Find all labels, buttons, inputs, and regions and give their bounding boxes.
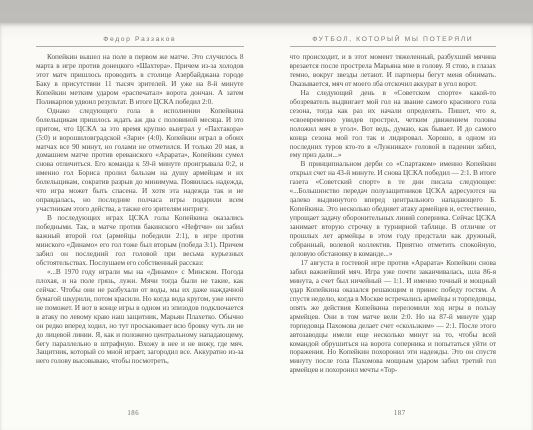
running-head-author: Федор Раззаков bbox=[36, 36, 244, 43]
book-spread-photo: Федор Раззаков Копейкин вышел на поле в … bbox=[0, 0, 533, 430]
running-head-title: ФУТБОЛ, КОТОРЫЙ МЫ ПОТЕРЯЛИ bbox=[290, 36, 497, 43]
page-number-right: 187 bbox=[267, 410, 533, 417]
paragraph: что происходит, и в этот момент тяжеленн… bbox=[290, 53, 497, 89]
header-rule bbox=[36, 46, 244, 47]
right-page-text: что происходит, и в этот момент тяжеленн… bbox=[290, 53, 497, 395]
left-page-text: Копейкин вышел на поле в первом же матче… bbox=[36, 53, 244, 395]
paragraph: Однако следующего гола в исполнении Копе… bbox=[36, 107, 244, 214]
paragraph: «...В 1970 году играли мы на «Динамо» с … bbox=[36, 268, 244, 366]
page-number-left: 186 bbox=[0, 410, 267, 417]
open-book-pages: Федор Раззаков Копейкин вышел на поле в … bbox=[0, 23, 533, 430]
paragraph: В принципиальном дерби со «Спартаком» им… bbox=[290, 160, 497, 258]
right-page: ФУТБОЛ, КОТОРЫЙ МЫ ПОТЕРЯЛИ что происход… bbox=[267, 23, 533, 430]
paragraph: На следующий день в «Советском спорте» к… bbox=[290, 89, 497, 161]
left-page: Федор Раззаков Копейкин вышел на поле в … bbox=[0, 23, 267, 430]
header-rule bbox=[290, 46, 497, 47]
paragraph: В последующих играх ЦСКА голы Копейкина … bbox=[36, 214, 244, 268]
paragraph: Копейкин вышел на поле в первом же матче… bbox=[36, 53, 244, 107]
paragraph: 17 августа в гостевой игре против «Арара… bbox=[290, 259, 497, 375]
